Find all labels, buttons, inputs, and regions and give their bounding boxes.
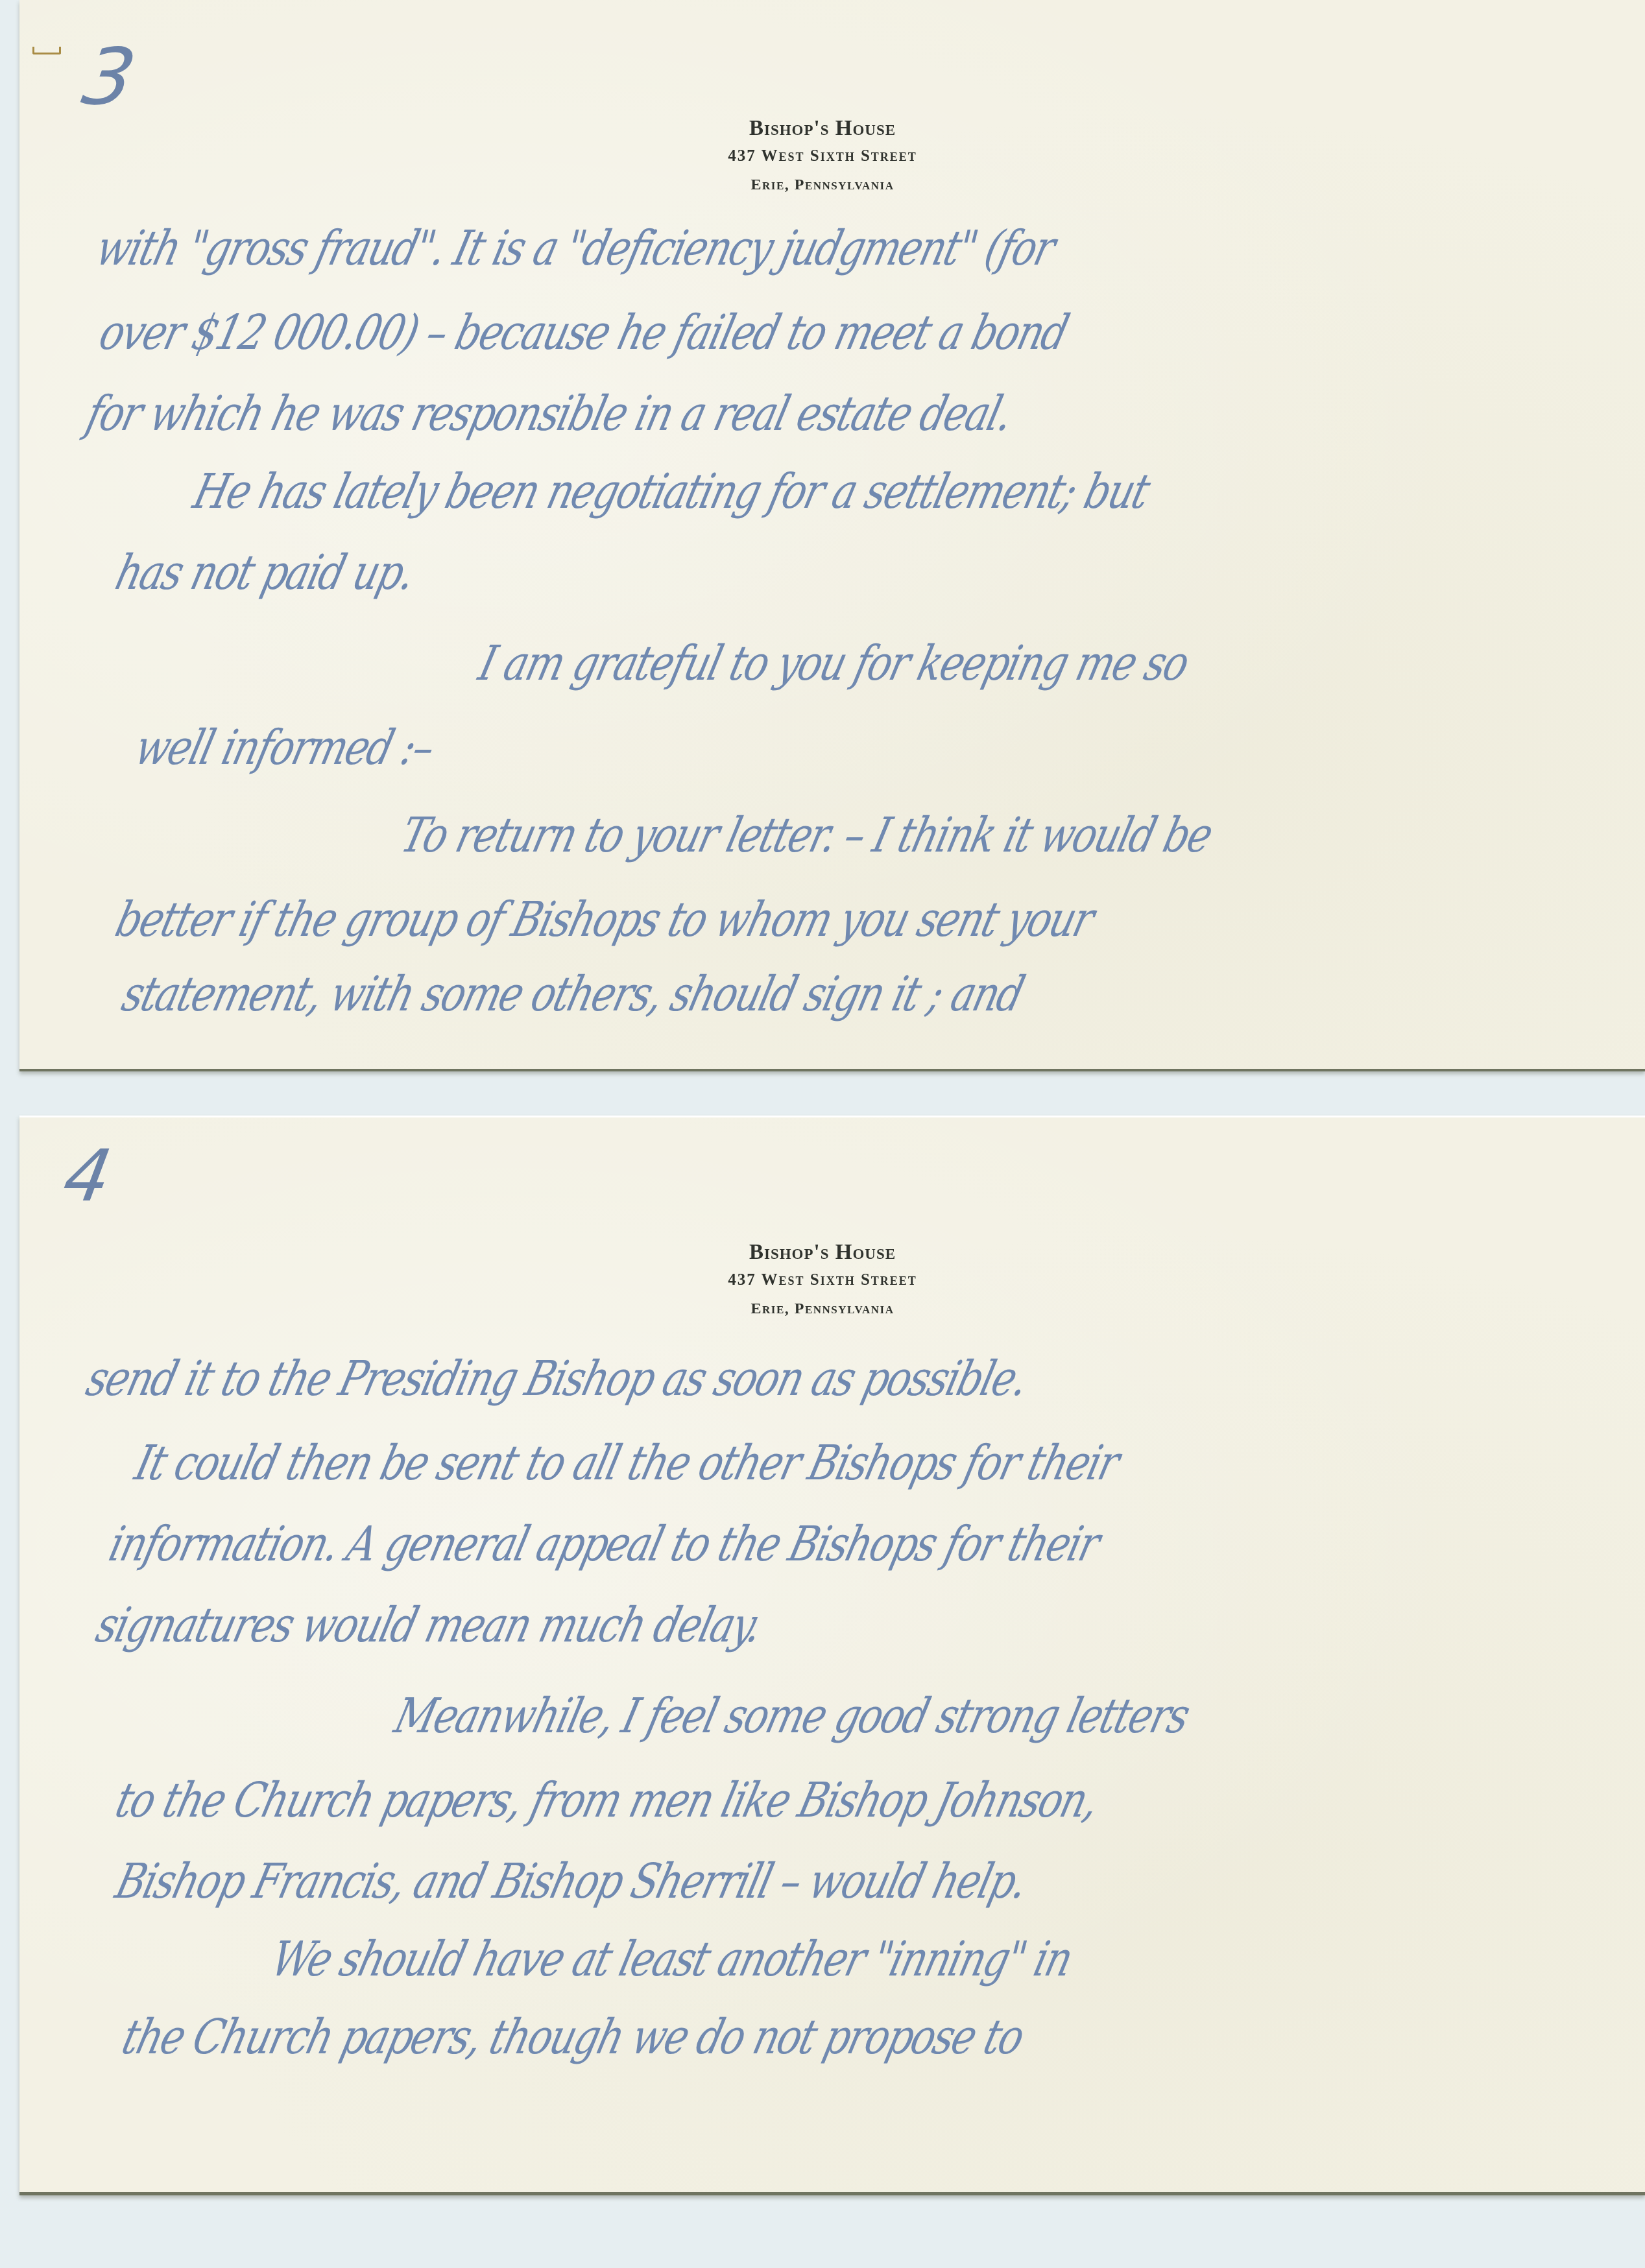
handwritten-line: with "gross fraud". It is a "deficiency …: [91, 221, 1059, 276]
handwritten-line: for which he was responsible in a real e…: [81, 386, 1017, 442]
letterhead: Bishop's House 437 West Sixth Street Eri…: [19, 1239, 1626, 1322]
handwritten-line: I am grateful to you for keeping me so: [474, 636, 1194, 691]
handwritten-line: Meanwhile, I feel some good strong lette…: [389, 1688, 1194, 1744]
letterhead-title: Bishop's House: [19, 1239, 1626, 1265]
letterhead: Bishop's House 437 West Sixth Street Eri…: [19, 115, 1626, 198]
handwritten-line: It could then be sent to all the other B…: [130, 1435, 1124, 1491]
handwritten-line: statement, with some others, should sign…: [117, 966, 1029, 1022]
letterhead-city: Erie, Pennsylvania: [19, 171, 1626, 198]
handwritten-line: He has lately been negotiating for a set…: [188, 464, 1154, 519]
letterhead-street: 437 West Sixth Street: [19, 141, 1626, 171]
staple-icon: [32, 47, 61, 54]
handwritten-line: to the Church papers, from men like Bish…: [110, 1773, 1103, 1828]
page-number: 3: [77, 39, 141, 117]
handwritten-line: signatures would mean much delay.: [91, 1597, 767, 1653]
letterhead-title: Bishop's House: [19, 115, 1626, 141]
letter-page-3: 3 Bishop's House 437 West Sixth Street E…: [19, 0, 1645, 1071]
letterhead-city: Erie, Pennsylvania: [19, 1295, 1626, 1322]
handwritten-line: information. A general appeal to the Bis…: [104, 1516, 1104, 1572]
page-number: 4: [58, 1140, 116, 1212]
handwritten-line: better if the group of Bishops to whom y…: [110, 892, 1098, 948]
letter-page-4: 4 Bishop's House 437 West Sixth Street E…: [19, 1116, 1645, 2195]
handwritten-line: the Church papers, though we do not prop…: [117, 2009, 1029, 2065]
handwritten-line: send it to the Presiding Bishop as soon …: [81, 1351, 1033, 1407]
handwritten-line: Bishop Francis, and Bishop Sherrill – wo…: [110, 1854, 1032, 1909]
handwritten-line: over $12 000.00) – because he failed to …: [94, 305, 1073, 361]
letterhead-street: 437 West Sixth Street: [19, 1265, 1626, 1295]
handwritten-line: We should have at least another "inning"…: [266, 1931, 1077, 1987]
handwritten-line: has not paid up.: [110, 545, 420, 601]
handwritten-line: well informed :–: [130, 720, 439, 776]
handwritten-line: To return to your letter. – I think it w…: [396, 807, 1217, 863]
